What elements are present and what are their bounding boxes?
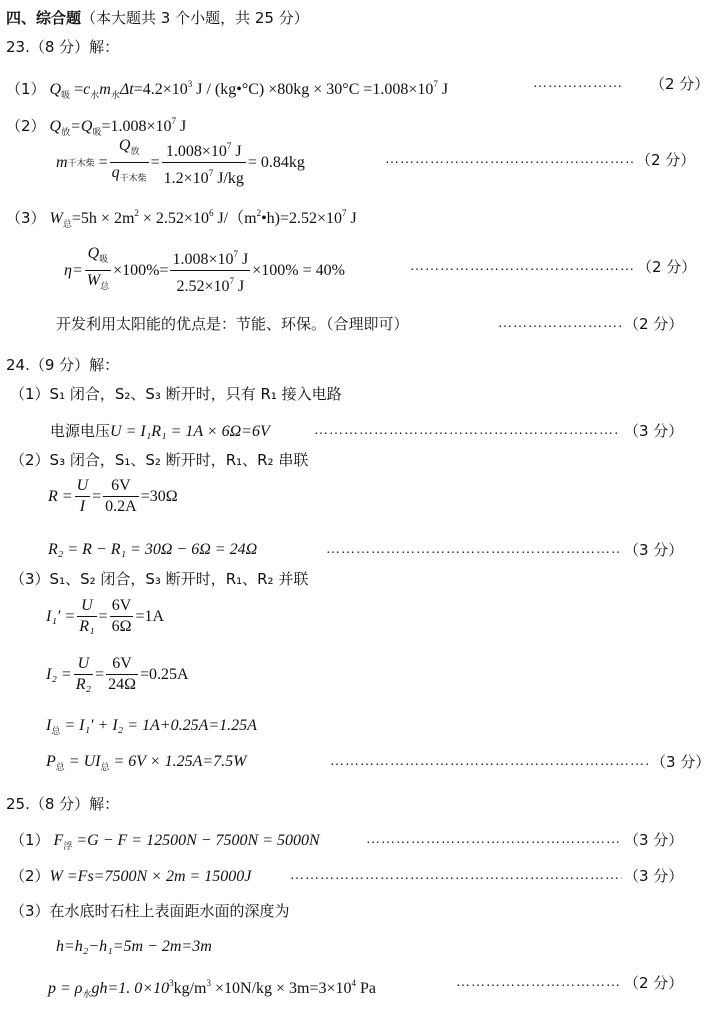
condition-text: 在水底时石柱上表面距水面的深度为	[50, 902, 290, 920]
sub: 水	[90, 91, 99, 101]
den: 24Ω	[106, 675, 138, 695]
var-eta: η=	[64, 262, 83, 280]
unit: J	[234, 278, 244, 295]
section-subtitle: （本大题共 3 个小题，共 25 分）	[81, 9, 309, 27]
q24-part3-i1-eq: I₁′ = UR₁ = 6V6Ω =1A	[46, 596, 164, 637]
fraction: 1.008×107 J 1.2×107 J/kg	[162, 136, 246, 189]
score: （2 分）	[636, 150, 695, 170]
part-label: （1）	[10, 385, 50, 403]
sub: 总	[56, 763, 65, 773]
sub: 吸	[61, 91, 70, 101]
score: （2 分）	[624, 973, 683, 993]
expr: J / (kg•°C) ×80kg × 30°C =1.008×10	[192, 81, 433, 98]
den: 6Ω	[110, 617, 134, 637]
fraction: UR₁	[77, 596, 96, 637]
part-label: （2）	[10, 867, 50, 885]
fraction: 6V6Ω	[110, 596, 134, 637]
var-f: F	[54, 832, 64, 849]
expr: •h)=2.52×10	[261, 210, 342, 227]
expr: J/（m	[213, 210, 256, 227]
result: =1A	[135, 608, 164, 626]
leader-dots: ……………………………………………………………………………………………………………	[314, 421, 620, 441]
sub: 总	[100, 763, 109, 773]
q24-part1-eq: 电源电压U = I₁R₁ = 1A × 6Ω=6V	[50, 421, 270, 442]
q23-part2-mass-eq: m干木柴 = Q放 q干木柴 = 1.008×107 J 1.2×107 J/k…	[56, 136, 305, 189]
sub: 总	[100, 282, 109, 292]
q24-part3-power-eq: P总 = UI总 = 6V × 1.25A=7.5W	[46, 752, 246, 778]
q25-header: 25.（8 分）解：	[6, 794, 119, 814]
leader-dots: ……………………………………………………………………………………………………………	[533, 74, 623, 94]
var-dt: Δt	[120, 81, 134, 98]
leader-dots: ……………………………………………………………………………………………………………	[410, 257, 634, 277]
expr: =5h × 2m	[72, 210, 135, 227]
part-label: （1）	[6, 80, 46, 98]
sub: 总	[51, 727, 60, 737]
sub: 干木柴	[68, 156, 95, 169]
equation: = 6V × 1.25A=7.5W	[110, 753, 247, 770]
score: （3 分）	[624, 866, 683, 886]
condition-text: S₁ 闭合，S₂、S₃ 断开时，只有 R₁ 接入电路	[50, 385, 342, 403]
expr: =1.008×10	[102, 118, 172, 135]
q25-part3-h-eq: h=h₂−h₁=5m − 2m=3m	[56, 937, 212, 957]
expr: kg/m	[174, 980, 207, 997]
unit: J	[231, 143, 241, 160]
q25-part3-desc: （3）在水底时石柱上表面距水面的深度为	[10, 901, 290, 922]
var-m: m	[99, 81, 111, 98]
fraction: 6V24Ω	[106, 654, 138, 695]
fraction: UI	[75, 476, 91, 517]
equation: U = I₁R₁ = 1A × 6Ω=6V	[110, 423, 270, 440]
condition-text: S₃ 闭合，S₁、S₂ 断开时，R₁、R₂ 串联	[50, 451, 309, 469]
section-header: 四、综合题（本大题共 3 个小题，共 25 分）	[6, 8, 309, 29]
leader-dots: ……………………………………………………………………………………………………………	[366, 830, 622, 850]
var: =Q	[70, 118, 92, 135]
lhs: I₂ =	[46, 666, 72, 684]
part-label: （2）	[6, 117, 46, 135]
unit: J/kg	[213, 170, 244, 187]
expr: Pa	[356, 980, 376, 997]
q23-header: 23.（8 分）解：	[6, 37, 119, 57]
leader-dots: ……………………………………………………………………………………………………………	[456, 973, 622, 993]
fraction: Q吸 W总	[85, 244, 111, 297]
num: U	[75, 476, 91, 497]
equation: =G − F = 12500N − 7500N = 5000N	[72, 832, 319, 849]
sub: 总	[63, 220, 72, 230]
num: 6V	[110, 596, 134, 617]
den: 2.52×10	[176, 278, 229, 295]
den: R₂	[74, 675, 93, 695]
expr: =4.2×10	[134, 81, 188, 98]
num: 1.008×10	[172, 251, 233, 268]
var-w: W	[50, 210, 63, 227]
den: q	[112, 164, 120, 181]
result: = 0.84kg	[248, 154, 305, 172]
fraction: 6V0.2A	[103, 476, 139, 517]
part-label: （3）	[6, 209, 46, 227]
den: I	[75, 497, 91, 517]
sub: 放	[130, 147, 139, 157]
expr: ×10N/kg × 3m=3×10	[211, 980, 352, 997]
num: 6V	[106, 654, 138, 675]
expr: J	[347, 210, 357, 227]
q24-part3-i2-eq: I₂ = UR₂ = 6V24Ω =0.25A	[46, 654, 189, 695]
den: W	[87, 272, 100, 289]
score: （3 分）	[651, 752, 710, 772]
q24-part2-r2-eq: R₂ = R − R₁ = 30Ω − 6Ω = 24Ω	[48, 540, 257, 560]
q24-part2-desc: （2）S₃ 闭合，S₁、S₂ 断开时，R₁、R₂ 串联	[10, 450, 308, 471]
q25-part2: （2）W =Fs=7500N × 2m = 15000J	[10, 866, 251, 887]
q24-part2-r-eq: R = UI = 6V0.2A =30Ω	[48, 476, 178, 517]
expr: × 2.52×10	[139, 210, 209, 227]
result: =30Ω	[141, 488, 178, 506]
num: U	[77, 596, 96, 617]
q23-part1: （1） Q吸 =c水m水Δt=4.2×103 J / (kg•°C) ×80kg…	[6, 74, 448, 106]
part-label: （2）	[10, 451, 50, 469]
sub: 水	[111, 91, 120, 101]
var-q: Q	[50, 81, 62, 98]
leader-dots: ……………………………………………………………………………………………………………	[326, 540, 622, 560]
fraction: 1.008×107 J 2.52×107 J	[170, 244, 250, 297]
part-label: （1）	[10, 831, 50, 849]
result: =0.25A	[140, 666, 189, 684]
score: （3 分）	[624, 540, 683, 560]
equation: p = ρ	[48, 980, 82, 997]
q23-advantage: 开发利用太阳能的优点是：节能、环保。（合理即可）	[56, 314, 409, 334]
q25-part3-pressure-eq: p = ρ水gh=1. 0×103kg/m3 ×10N/kg × 3m=3×10…	[48, 973, 376, 1005]
part-label: （3）	[10, 570, 50, 588]
num: 1.008×10	[166, 143, 227, 160]
leader-dots: ……………………………………………………………………………………………………………	[330, 752, 648, 772]
num: Q	[88, 245, 100, 262]
den: 1.2×10	[164, 170, 209, 187]
lhs: I₁′ =	[46, 608, 75, 626]
score: （2 分）	[650, 74, 709, 94]
score: （2 分）	[624, 314, 683, 334]
section-title: 四、综合题	[6, 9, 81, 27]
sub: 吸	[99, 255, 108, 265]
den: 0.2A	[103, 497, 139, 517]
expr: J	[438, 81, 448, 98]
num: 6V	[103, 476, 139, 497]
q24-header: 24.（9 分）解：	[6, 355, 119, 375]
condition-text: S₁、S₂ 闭合，S₃ 断开时，R₁、R₂ 并联	[50, 570, 309, 588]
expr: J	[176, 118, 186, 135]
label: 电源电压	[50, 422, 110, 440]
den: R₁	[77, 617, 96, 637]
expr: ×100%=	[113, 262, 168, 280]
q24-part1-desc: （1）S₁ 闭合，S₂、S₃ 断开时，只有 R₁ 接入电路	[10, 384, 342, 405]
equation: = I₁′ + I₂ = 1A+0.25A=1.25A	[60, 717, 257, 734]
var-p: P	[46, 753, 56, 770]
leader-dots: ……………………………………………………………………………………………………………	[498, 314, 622, 334]
q23-part3-work: （3） W总=5h × 2m2 × 2.52×106 J/（m2•h)=2.52…	[6, 203, 357, 235]
num: Q	[119, 137, 131, 154]
q24-part3-itotal-eq: I总 = I₁′ + I₂ = 1A+0.25A=1.25A	[46, 716, 257, 742]
var: Q	[50, 118, 62, 135]
sub: 浮	[63, 842, 72, 852]
var-m: m	[56, 154, 68, 172]
score: （2 分）	[637, 257, 696, 277]
lhs: R =	[48, 488, 73, 506]
leader-dots: ……………………………………………………………………………………………………………	[385, 150, 633, 170]
q24-part3-desc: （3）S₁、S₂ 闭合，S₃ 断开时，R₁、R₂ 并联	[10, 569, 308, 590]
sub: 干木柴	[120, 174, 147, 184]
part-label: （3）	[10, 902, 50, 920]
result: ×100% = 40%	[252, 262, 345, 280]
q25-part1: （1） F浮 =G − F = 12500N − 7500N = 5000N	[10, 830, 320, 857]
unit: J	[238, 251, 248, 268]
fraction: UR₂	[74, 654, 93, 695]
num: U	[74, 654, 93, 675]
leader-dots: ……………………………………………………………………………………………………………	[290, 866, 622, 886]
q23-part3-efficiency-eq: η= Q吸 W总 ×100%= 1.008×107 J 2.52×107 J ×…	[64, 244, 345, 297]
score: （3 分）	[624, 421, 683, 441]
equation: gh=1. 0×10	[92, 980, 170, 997]
score: （3 分）	[624, 830, 683, 850]
fraction: Q放 q干木柴	[110, 136, 149, 189]
sub: 水	[82, 990, 91, 1000]
equation: = UI	[65, 753, 101, 770]
equation: W =Fs=7500N × 2m = 15000J	[50, 868, 252, 885]
